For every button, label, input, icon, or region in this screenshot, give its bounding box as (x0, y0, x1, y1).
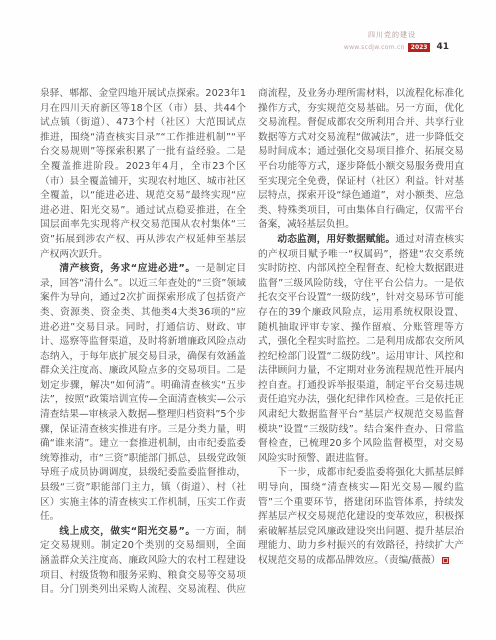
end-mark-icon (442, 557, 449, 564)
page-header: 四川党的建设 www.scdjw.com.cn 2023 41 (344, 31, 449, 52)
paragraph-text: 通过对清查核实的产权项目赋予唯一“权属码”，搭建“农交系统实时防控、内部风控全程… (258, 234, 464, 464)
header-meta-row: www.scdjw.com.cn 2023 41 (344, 42, 449, 52)
paragraph-lead: 线上成交，做实“阳光交易”。 (59, 526, 195, 537)
magazine-title: 四川党的建设 (368, 31, 416, 40)
website-url: www.scdjw.com.cn (344, 44, 405, 51)
paragraph-lead: 清产核资，务求“应进必进”。 (59, 263, 195, 274)
paragraph-text: 泉驿、郫都、金堂四地开展试点探索。2023年1月在四川天府新区等18个区（市）县… (40, 88, 246, 260)
paragraph-continuation: 泉驿、郫都、金堂四地开展试点探索。2023年1月在四川天府新区等18个区（市）县… (40, 87, 246, 262)
paragraph-dynamic-monitoring: 动态监测，用好数据赋能。通过对清查核实的产权项目赋予唯一“权属码”，搭建“农交系… (258, 233, 464, 467)
editor-byline: （责编/薇薇） (384, 555, 441, 566)
paragraph-closing: 下一步，成都市纪委监委将强化大抓基层鲜明导向，围绕“清查核实—阳光交易—履约监管… (258, 466, 464, 568)
year-badge: 2023 (408, 43, 431, 52)
magazine-page: 四川党的建设 www.scdjw.com.cn 2023 41 泉驿、郫都、金堂… (0, 0, 496, 640)
paragraph-liquidation: 清产核资，务求“应进必进”。一是制定目录，回答“清什么”。以近三年查处的“三资”… (40, 262, 246, 525)
article-body: 泉驿、郫都、金堂四地开展试点探索。2023年1月在四川天府新区等18个区（市）县… (40, 87, 464, 603)
paragraph-text: 一是制定目录，回答“清什么”。以近三年查处的“三资”领域案件为导向，通过2次扩面… (40, 263, 246, 522)
paragraph-lead: 动态监测，用好数据赋能。 (277, 234, 395, 245)
paragraph-text: 下一步，成都市纪委监委将强化大抓基层鲜明导向，围绕“清查核实—阳光交易—履约监管… (258, 467, 464, 566)
page-number: 41 (436, 42, 449, 52)
